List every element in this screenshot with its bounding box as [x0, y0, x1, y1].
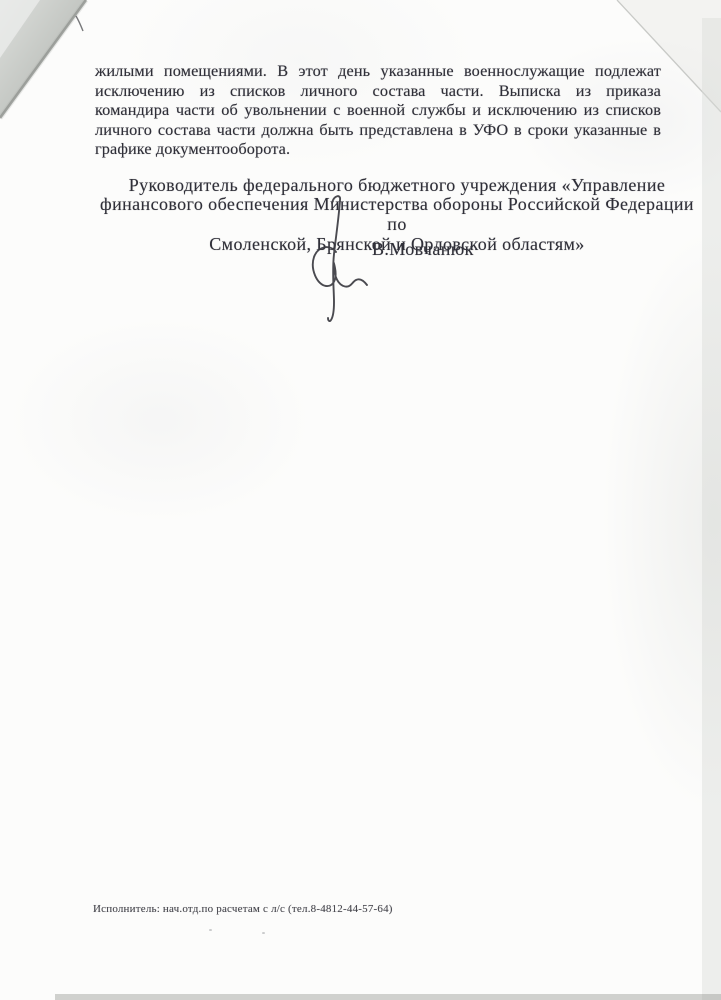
- paragraph-line: жилыми помещениями. В этот день указанны…: [95, 61, 661, 81]
- fold-scratch-mark: [76, 16, 83, 31]
- scanner-edge-shadow-bottom: [55, 994, 721, 1000]
- signer-name: В.Мовчанюк: [372, 239, 474, 260]
- scan-speck: [262, 932, 265, 934]
- paragraph-line: командира части об увольнении с военной …: [95, 100, 661, 120]
- scanner-edge-shadow-right: [702, 18, 721, 1000]
- signature-title-line: финансового обеспечения Министерства обо…: [95, 195, 699, 234]
- paragraph-line: графике документооборота.: [95, 139, 661, 159]
- executor-note: Исполнитель: нач.отд.по расчетам с л/с (…: [93, 903, 393, 915]
- body-paragraph: жилыми помещениями. В этот день указанны…: [95, 61, 661, 159]
- paragraph-line: личного состава части должна быть предст…: [95, 120, 661, 140]
- paragraph-line: исключению из списков личного состава ча…: [95, 81, 661, 101]
- scanned-document-page: жилыми помещениями. В этот день указанны…: [0, 0, 721, 1000]
- scan-speck: [209, 929, 212, 931]
- signature-title-line: Руководитель федерального бюджетного учр…: [95, 176, 699, 196]
- page-fold-artifact: [0, 0, 86, 118]
